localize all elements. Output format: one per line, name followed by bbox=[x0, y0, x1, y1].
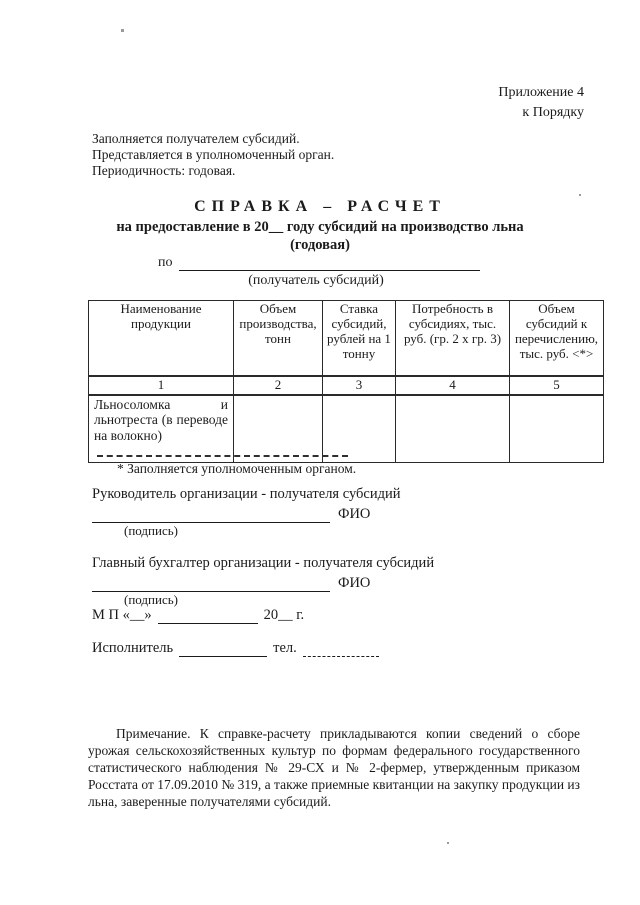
header-production-volume: Объем производства, тонн bbox=[234, 301, 323, 377]
col-number-1: 1 bbox=[89, 376, 234, 395]
instruction-line2: Представляется в уполномоченный орган. bbox=[92, 147, 334, 163]
executor-tel-label: тел. bbox=[273, 640, 297, 657]
cell-subsidy-need bbox=[396, 395, 510, 463]
head-signature-block: Руководитель организации - получателя су… bbox=[92, 486, 592, 539]
accountant-signature-label: Главный бухгалтер организации - получате… bbox=[92, 555, 592, 572]
stamp-year-suffix: 20__ г. bbox=[264, 607, 305, 624]
appendix-reference: Приложение 4 к Порядку bbox=[498, 83, 584, 122]
accountant-signature-caption: (подпись) bbox=[124, 592, 592, 608]
col-number-4: 4 bbox=[396, 376, 510, 395]
head-signature-caption: (подпись) bbox=[124, 523, 592, 539]
accountant-signature-line: ФИО bbox=[92, 574, 592, 592]
footnote-divider bbox=[97, 455, 348, 457]
appendix-line1: Приложение 4 bbox=[498, 83, 584, 103]
footnote-text: * Заполняется уполномоченным органом. bbox=[117, 461, 356, 477]
note-paragraph: Примечание. К справке-расчету прикладыва… bbox=[88, 725, 580, 810]
col-number-3: 3 bbox=[323, 376, 396, 395]
accountant-signature-blank bbox=[92, 574, 330, 592]
header-subsidy-transfer: Объем субсидий к перечислению, тыс. руб.… bbox=[510, 301, 604, 377]
stamp-date-blank bbox=[158, 607, 258, 624]
document-periodicity: (годовая) bbox=[0, 237, 640, 254]
appendix-line2: к Порядку bbox=[498, 103, 584, 123]
table-header-row: Наименование продукции Объем производств… bbox=[89, 301, 604, 377]
recipient-line: по bbox=[158, 254, 480, 271]
document-subtitle: на предоставление в 20__ году субсидий н… bbox=[0, 219, 640, 236]
document-page: Приложение 4 к Порядку Заполняется получ… bbox=[0, 0, 640, 905]
instruction-line3: Периодичность: годовая. bbox=[92, 163, 334, 179]
head-signature-label: Руководитель организации - получателя су… bbox=[92, 486, 592, 503]
recipient-caption: (получатель субсидий) bbox=[176, 273, 456, 289]
scan-speck bbox=[579, 194, 581, 196]
table-row: Льносоломка и льнотреста (в переводе на … bbox=[89, 395, 604, 463]
stamp-date-row: М П «__» 20__ г. bbox=[92, 607, 304, 624]
recipient-prefix: по bbox=[158, 255, 173, 271]
executor-tel-blank bbox=[303, 640, 379, 657]
head-signature-line: ФИО bbox=[92, 505, 592, 523]
executor-label: Исполнитель bbox=[92, 640, 173, 657]
cell-product-name: Льносоломка и льнотреста (в переводе на … bbox=[89, 395, 234, 463]
cell-subsidy-rate bbox=[323, 395, 396, 463]
instruction-line1: Заполняется получателем субсидий. bbox=[92, 131, 334, 147]
header-product-name: Наименование продукции bbox=[89, 301, 234, 377]
document-title: СПРАВКА – РАСЧЕТ bbox=[0, 198, 640, 216]
header-subsidy-need: Потребность в субсидиях, тыс. руб. (гр. … bbox=[396, 301, 510, 377]
stamp-prefix: М П «__» bbox=[92, 607, 152, 624]
col-number-2: 2 bbox=[234, 376, 323, 395]
scan-speck bbox=[121, 29, 124, 32]
scan-speck bbox=[447, 842, 449, 844]
accountant-fio-label: ФИО bbox=[338, 575, 370, 592]
head-signature-blank bbox=[92, 505, 330, 523]
col-number-5: 5 bbox=[510, 376, 604, 395]
head-fio-label: ФИО bbox=[338, 506, 370, 523]
cell-production-volume bbox=[234, 395, 323, 463]
calculation-table: Наименование продукции Объем производств… bbox=[88, 300, 604, 463]
executor-row: Исполнитель тел. bbox=[92, 640, 379, 657]
accountant-signature-block: Главный бухгалтер организации - получате… bbox=[92, 555, 592, 608]
cell-subsidy-transfer bbox=[510, 395, 604, 463]
header-subsidy-rate: Ставка субсидий, рублей на 1 тонну bbox=[323, 301, 396, 377]
recipient-blank-line bbox=[179, 254, 481, 271]
filler-instructions: Заполняется получателем субсидий. Предст… bbox=[92, 131, 334, 178]
executor-name-blank bbox=[179, 640, 267, 657]
title-block: СПРАВКА – РАСЧЕТ на предоставление в 20_… bbox=[0, 198, 640, 254]
column-numbers-row: 1 2 3 4 5 bbox=[89, 376, 604, 395]
